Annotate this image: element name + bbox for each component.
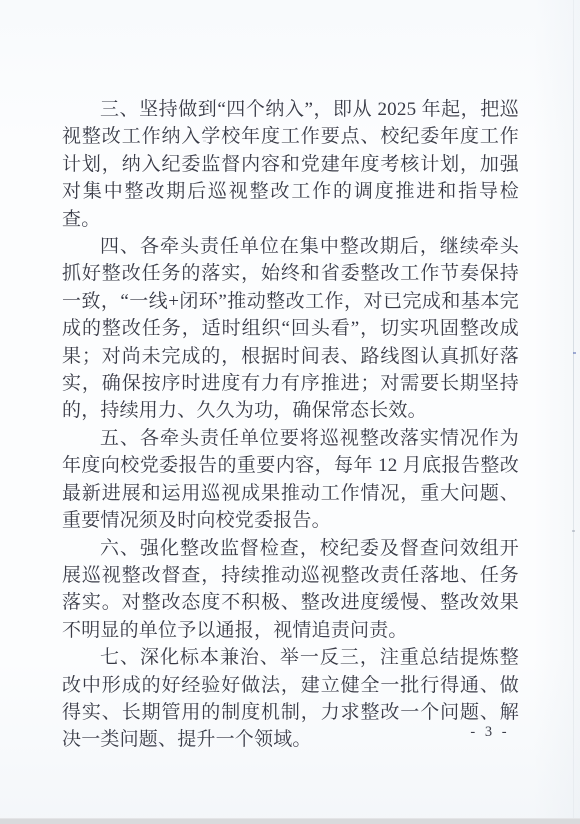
scan-edge-line <box>573 0 574 818</box>
page-number: - 3 - <box>460 724 520 741</box>
paragraph-item-5: 五、各牵头责任单位要将巡视整改落实情况作为年度向校党委报告的重要内容，每年 12… <box>62 425 519 535</box>
document-body: 三、坚持做到“四个纳入”，即从 2025 年起，把巡视整改工作纳入学校年度工作要… <box>62 96 519 754</box>
scan-specks <box>573 352 576 354</box>
paragraph-item-7: 七、深化标本兼治、举一反三，注重总结提炼整改中形成的好经验好做法，建立健全一批行… <box>62 644 519 754</box>
paragraph-item-3: 三、坚持做到“四个纳入”，即从 2025 年起，把巡视整改工作纳入学校年度工作要… <box>62 96 519 233</box>
scan-bottom-edge <box>0 818 580 824</box>
scanned-document-page: 三、坚持做到“四个纳入”，即从 2025 年起，把巡视整改工作纳入学校年度工作要… <box>0 0 580 824</box>
paragraph-item-4: 四、各牵头责任单位在集中整改期后，继续牵头抓好整改任务的落实，始终和省委整改工作… <box>62 233 519 425</box>
paragraph-item-6: 六、强化整改监督检查，校纪委及督查问效组开展巡视整改督查，持续推动巡视整改责任落… <box>62 535 519 645</box>
